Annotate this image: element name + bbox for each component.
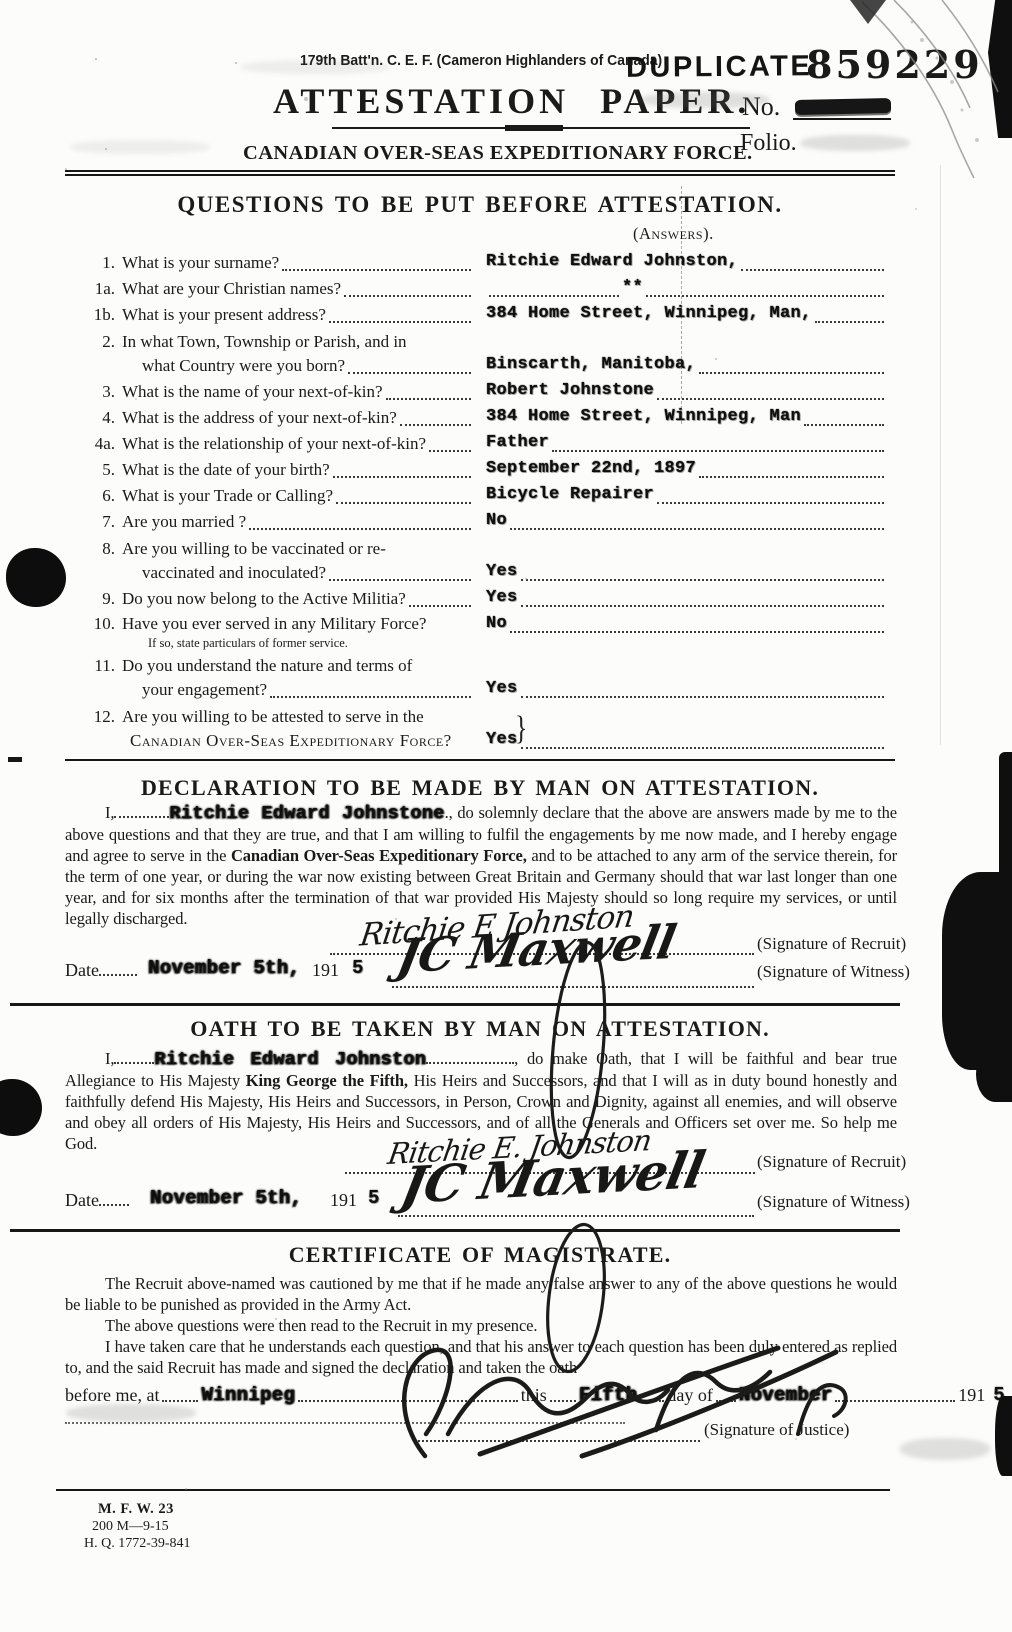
- oath-date-row: Date: [65, 1190, 129, 1211]
- answer-leader: [646, 295, 884, 297]
- leader-dots: [344, 295, 471, 297]
- oath-year-prefix: 191: [330, 1190, 357, 1211]
- question-text: What is the date of your birth?: [122, 458, 330, 482]
- answer-value: Binscarth, Manitoba,: [486, 353, 696, 377]
- question-number: 8.: [75, 537, 122, 561]
- oath-rule: [10, 1003, 900, 1006]
- hole-punch: [6, 548, 66, 607]
- oath-recruit-signature-label: (Signature of Recruit): [757, 1152, 906, 1172]
- faded-stamp-smudge: [66, 1404, 196, 1422]
- answer-leader: [699, 476, 884, 478]
- answer-value: Ritchie Edward Johnston,: [486, 250, 738, 274]
- answer-value: Yes: [486, 677, 518, 701]
- question-text: Are you willing to be vaccinated or re-: [122, 537, 386, 561]
- oath-typed-date: November 5th,: [150, 1187, 302, 1209]
- question-row: 5. What is the date of your birth? Septe…: [75, 457, 887, 482]
- oath-typed-name: Ritchie Edward Johnston: [154, 1049, 426, 1070]
- answer-leader: [521, 579, 884, 581]
- oath-lead: I,: [105, 1049, 114, 1068]
- recruit-signature-label: (Signature of Recruit): [757, 934, 906, 954]
- question-text: In what Town, Township or Parish, and in: [122, 330, 407, 354]
- answer-value: 384 Home Street, Winnipeg, Man,: [486, 302, 812, 326]
- answer-leader: [657, 398, 884, 400]
- question-number: 11.: [75, 654, 122, 678]
- question-number: 9.: [75, 587, 122, 611]
- question-text: What are your Christian names?: [122, 277, 341, 301]
- question-row: 12. Are you willing to be attested to se…: [75, 705, 887, 753]
- header-rule-top: [65, 170, 895, 172]
- question-text-line2: what Country were you born?: [142, 354, 345, 378]
- answer-leader: [804, 424, 884, 426]
- paper-speckle: [95, 58, 97, 60]
- ink-blot: [942, 872, 1012, 1070]
- question-number: 4a.: [75, 432, 122, 456]
- year-prefix: 191: [312, 960, 339, 981]
- question-number: 1.: [75, 251, 122, 275]
- typed-date: November 5th,: [148, 957, 300, 979]
- answer-leader: [510, 528, 884, 530]
- question-text-line2: vaccinated and inoculated?: [142, 561, 326, 585]
- question-text: What is the relationship of your next-of…: [122, 432, 426, 456]
- pen-loop-oath: [520, 935, 640, 1165]
- question-row: 6. What is your Trade or Calling? Bicycl…: [75, 483, 887, 508]
- right-edge-blot: [995, 1396, 1012, 1476]
- question-text: Are you willing to be attested to serve …: [122, 705, 424, 729]
- pen-loop-certificate: [520, 1218, 640, 1378]
- date-label: Date: [65, 960, 99, 980]
- year-digit: 5: [352, 957, 364, 979]
- question-text: What is your surname?: [122, 251, 279, 275]
- answer-leader: [699, 372, 884, 374]
- question-text-line2: Canadian Over-Seas Expeditionary Force?: [130, 729, 452, 753]
- answer-value: Robert Johnstone: [486, 379, 654, 403]
- title-divider-thick: [505, 125, 563, 131]
- answer-value: No: [486, 612, 507, 636]
- answer-value: Father: [486, 431, 549, 455]
- form-code: M. F. W. 23: [84, 1501, 191, 1518]
- declaration-lead: I,: [105, 803, 114, 822]
- ink-blot-tail: [976, 1050, 1012, 1102]
- question-row: 9. Do you now belong to the Active Milit…: [75, 586, 887, 611]
- question-number: 1b.: [75, 303, 122, 327]
- oath-year-digit: 5: [368, 1187, 380, 1209]
- question-row: 3. What is the name of your next-of-kin?…: [75, 379, 887, 404]
- question-text-line2: your engagement?: [142, 678, 267, 702]
- leader-dots: [282, 269, 471, 271]
- oath-witness-signature-line: [398, 1215, 754, 1217]
- answer-leader: [510, 631, 884, 633]
- oath-body-bold: King George the Fifth,: [246, 1071, 408, 1090]
- declaration-rule: [65, 759, 895, 761]
- question-text: Do you understand the nature and terms o…: [122, 654, 412, 678]
- question-row: 7. Are you married ? No: [75, 509, 887, 534]
- question-number: 1a.: [75, 277, 122, 301]
- header-rule-bottom: [65, 174, 895, 176]
- answer-value: September 22nd, 1897: [486, 457, 696, 481]
- tear-mark: [802, 0, 1012, 180]
- question-text: What is the address of your next-of-kin?: [122, 406, 397, 430]
- witness-signature-label: (Signature of Witness): [757, 962, 910, 982]
- question-text: What is your Trade or Calling?: [122, 484, 333, 508]
- answer-leader: [521, 605, 884, 607]
- answer-value: Bicycle Repairer: [486, 483, 654, 507]
- leader-dots: [270, 696, 471, 698]
- answer-leader: [521, 747, 884, 749]
- question-note: If so, state particulars of former servi…: [122, 636, 474, 651]
- footer-rule: [56, 1489, 890, 1491]
- leader-dots: [249, 528, 471, 530]
- questions-list: 1. What is your surname? Ritchie Edward …: [75, 250, 887, 754]
- attestation-paper-scan: 179th Batt'n. C. E. F. (Cameron Highland…: [0, 0, 1012, 1632]
- date-label: Date: [65, 1190, 99, 1210]
- question-number: 3.: [75, 380, 122, 404]
- question-number: 10.: [75, 612, 122, 636]
- question-number: 7.: [75, 510, 122, 534]
- leader-dots: [329, 321, 471, 323]
- oath-witness-signature-label: (Signature of Witness): [757, 1192, 910, 1212]
- answer-leader: [552, 450, 884, 452]
- question-text: Have you ever served in any Military For…: [122, 612, 426, 636]
- question-row: 1b. What is your present address? 384 Ho…: [75, 302, 887, 327]
- question-row: 4. What is the address of your next-of-k…: [75, 405, 887, 430]
- leader-dots: [336, 502, 471, 504]
- leader-dots: [348, 372, 471, 374]
- question-row: 1. What is your surname? Ritchie Edward …: [75, 250, 887, 275]
- certificate-paragraph-1: The Recruit above-named was cautioned by…: [65, 1274, 897, 1315]
- margin-tick: [8, 757, 22, 762]
- leader-dots: [426, 1049, 514, 1064]
- faded-corner-smudge: [900, 1438, 990, 1460]
- answer-leader: [489, 295, 619, 297]
- leader-dots: [114, 1049, 154, 1064]
- question-text: Are you married ?: [122, 510, 246, 534]
- fold-crease: [940, 165, 941, 745]
- answer-value: Yes: [486, 560, 518, 584]
- question-row: 10. Have you ever served in any Military…: [75, 612, 887, 651]
- answer-value: Yes: [486, 728, 518, 752]
- faded-stamp-smudge: [640, 92, 770, 108]
- force-title: CANADIAN OVER-SEAS EXPEDITIONARY FORCE.: [243, 142, 753, 165]
- leader-dots: [99, 1191, 129, 1206]
- question-number: 2.: [75, 330, 122, 354]
- faded-left-smudge: [70, 140, 210, 154]
- certificate-paragraph-2: The above questions were then read to th…: [65, 1316, 897, 1337]
- cert-year-prefix: 191: [958, 1385, 985, 1406]
- brace-glyph: }: [515, 710, 527, 748]
- leader-dots: [429, 450, 471, 452]
- date-row: Date: [65, 960, 137, 981]
- answer-value: No: [486, 509, 507, 533]
- question-number: 6.: [75, 484, 122, 508]
- leader-dots: [162, 1400, 198, 1402]
- answer-leader: [521, 696, 884, 698]
- answer-value: Yes: [486, 586, 518, 610]
- question-number: 5.: [75, 458, 122, 482]
- answer-leader: [741, 269, 884, 271]
- question-number: 12.: [75, 705, 122, 729]
- oath-title: OATH TO BE TAKEN BY MAN ON ATTESTATION.: [65, 1016, 895, 1042]
- place-typed: Winnipeg: [201, 1384, 295, 1406]
- form-code: H. Q. 1772-39-841: [84, 1535, 191, 1552]
- leader-dots: [114, 803, 169, 818]
- declarant-typed-name: Ritchie Edward Johnstone: [169, 803, 444, 824]
- leader-dots: [386, 398, 471, 400]
- certificate-title: CERTIFICATE OF MAGISTRATE.: [65, 1242, 895, 1268]
- form-code: 200 M—9-15: [84, 1518, 191, 1535]
- question-row: 2. In what Town, Township or Parish, and…: [75, 330, 887, 378]
- answer-leader: [657, 502, 884, 504]
- before-me-label: before me, at: [65, 1385, 159, 1406]
- certificate-rule: [10, 1229, 900, 1232]
- leader-dots: [99, 961, 137, 976]
- answers-label: (Answers).: [633, 224, 714, 244]
- form-codes: M. F. W. 23 200 M—9-15 H. Q. 1772-39-841: [84, 1501, 191, 1552]
- declaration-title: DECLARATION TO BE MADE BY MAN ON ATTESTA…: [65, 775, 895, 801]
- leader-dots: [409, 605, 471, 607]
- question-row: 1a. What are your Christian names? **: [75, 276, 887, 301]
- answer-value: 384 Home Street, Winnipeg, Man: [486, 405, 801, 429]
- question-row: 4a. What is the relationship of your nex…: [75, 431, 887, 456]
- question-text: Do you now belong to the Active Militia?: [122, 587, 406, 611]
- answer-leader: [815, 321, 884, 323]
- question-text: What is your present address?: [122, 303, 326, 327]
- leader-dots: [329, 579, 471, 581]
- question-row: 11. Do you understand the nature and ter…: [75, 654, 887, 702]
- question-number: 4.: [75, 406, 122, 430]
- answer-value: **: [622, 276, 643, 300]
- question-row: 8. Are you willing to be vaccinated or r…: [75, 537, 887, 585]
- declaration-body-bold: Canadian Over-Seas Expeditionary Force,: [231, 846, 527, 865]
- questions-title: QUESTIONS TO BE PUT BEFORE ATTESTATION.: [65, 192, 895, 218]
- question-text: What is the name of your next-of-kin?: [122, 380, 383, 404]
- leader-dots: [400, 424, 471, 426]
- faded-header-smudge: [240, 60, 390, 74]
- leader-dots: [333, 476, 471, 478]
- hole-punch: [0, 1079, 42, 1136]
